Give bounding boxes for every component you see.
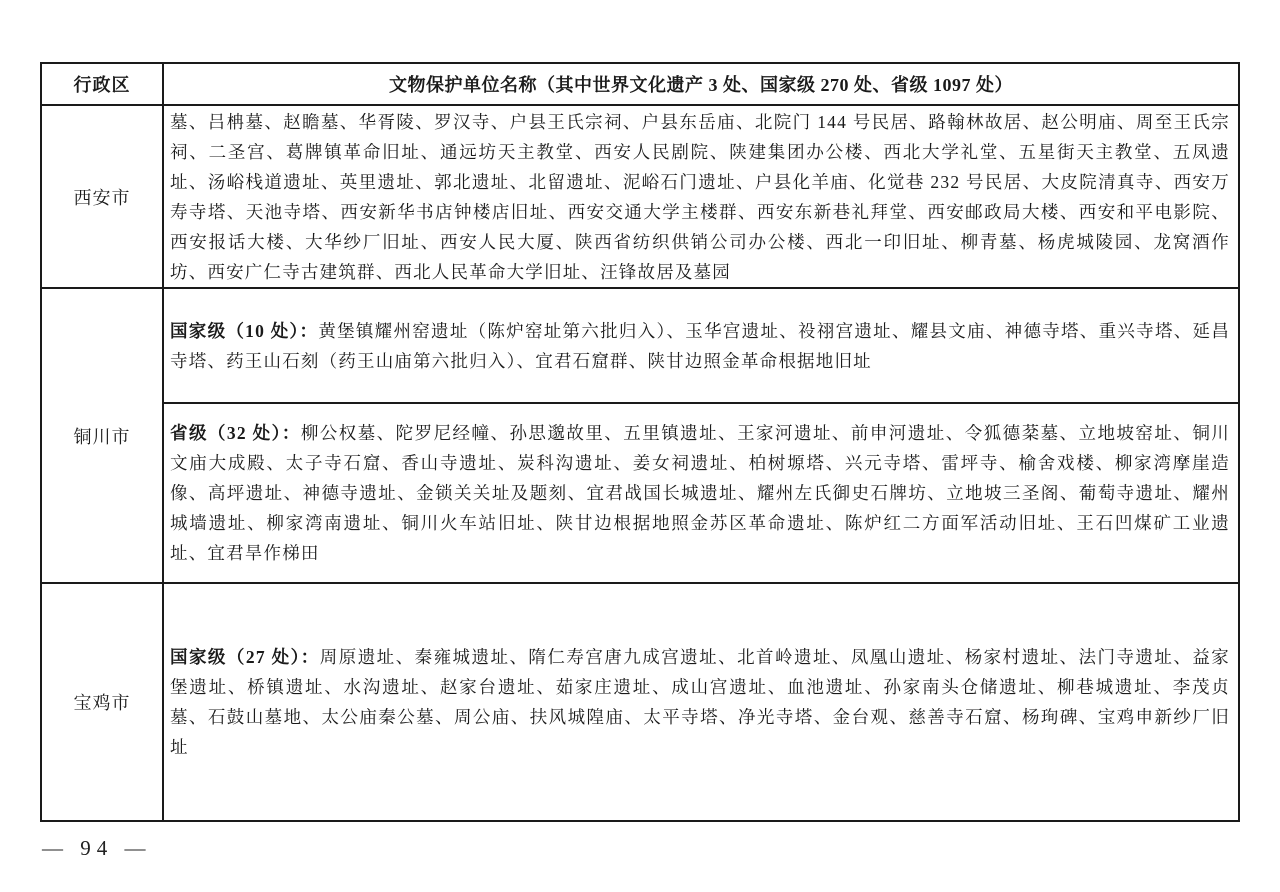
sites-cell-xian: 墓、吕柟墓、赵瞻墓、华胥陵、罗汉寺、户县王氏宗祠、户县东岳庙、北院门 144 号… <box>162 106 1238 287</box>
document-page: 行政区 文物保护单位名称（其中世界文化遗产 3 处、国家级 270 处、省级 1… <box>0 0 1280 892</box>
sites-text-xian-body: 墓、吕柟墓、赵瞻墓、华胥陵、罗汉寺、户县王氏宗祠、户县东岳庙、北院门 144 号… <box>170 112 1230 282</box>
tongchuan-national-subcell: 国家级（10 处）：黄堡镇耀州窑遗址（陈炉窑址第六批归入）、玉华宫遗址、祋祤宫遗… <box>164 289 1238 402</box>
header-cell-region: 行政区 <box>42 64 162 104</box>
sites-text-baoji: 国家级（27 处）：周原遗址、秦雍城遗址、隋仁寿宫唐九成宫遗址、北首岭遗址、凤凰… <box>164 640 1238 764</box>
sites-text-tongchuan-provincial-body: 柳公权墓、陀罗尼经幢、孙思邈故里、五里镇遗址、王家河遗址、前申河遗址、令狐德棻墓… <box>170 423 1230 563</box>
region-label-baoji: 宝鸡市 <box>42 584 162 820</box>
sites-cell-tongchuan: 国家级（10 处）：黄堡镇耀州窑遗址（陈炉窑址第六批归入）、玉华宫遗址、祋祤宫遗… <box>162 289 1238 582</box>
heritage-sites-table: 行政区 文物保护单位名称（其中世界文化遗产 3 处、国家级 270 处、省级 1… <box>40 62 1240 822</box>
sites-text-tongchuan-provincial: 省级（32 处）：柳公权墓、陀罗尼经幢、孙思邈故里、五里镇遗址、王家河遗址、前申… <box>164 416 1238 570</box>
table-row-xian: 西安市 墓、吕柟墓、赵瞻墓、华胥陵、罗汉寺、户县王氏宗祠、户县东岳庙、北院门 1… <box>42 104 1238 287</box>
provincial-level-label: 省级（32 处）： <box>170 423 301 443</box>
sites-text-baoji-body: 周原遗址、秦雍城遗址、隋仁寿宫唐九成宫遗址、北首岭遗址、凤凰山遗址、杨家村遗址、… <box>170 647 1230 757</box>
national-level-label-baoji: 国家级（27 处）： <box>170 647 320 667</box>
sites-text-tongchuan-national-body: 黄堡镇耀州窑遗址（陈炉窑址第六批归入）、玉华宫遗址、祋祤宫遗址、耀县文庙、神德寺… <box>170 321 1230 371</box>
tongchuan-provincial-subcell: 省级（32 处）：柳公权墓、陀罗尼经幢、孙思邈故里、五里镇遗址、王家河遗址、前申… <box>164 402 1238 582</box>
sites-text-xian: 墓、吕柟墓、赵瞻墓、华胥陵、罗汉寺、户县王氏宗祠、户县东岳庙、北院门 144 号… <box>164 106 1238 287</box>
sites-text-tongchuan-national: 国家级（10 处）：黄堡镇耀州窑遗址（陈炉窑址第六批归入）、玉华宫遗址、祋祤宫遗… <box>164 314 1238 378</box>
table-header-row: 行政区 文物保护单位名称（其中世界文化遗产 3 处、国家级 270 处、省级 1… <box>42 64 1238 104</box>
region-label-tongchuan: 铜川市 <box>42 289 162 582</box>
national-level-label: 国家级（10 处）： <box>170 321 318 341</box>
page-number: — 94 — <box>42 836 152 861</box>
header-cell-site-names: 文物保护单位名称（其中世界文化遗产 3 处、国家级 270 处、省级 1097 … <box>162 64 1238 104</box>
table-row-tongchuan: 铜川市 国家级（10 处）：黄堡镇耀州窑遗址（陈炉窑址第六批归入）、玉华宫遗址、… <box>42 287 1238 582</box>
sites-cell-baoji: 国家级（27 处）：周原遗址、秦雍城遗址、隋仁寿宫唐九成宫遗址、北首岭遗址、凤凰… <box>162 584 1238 820</box>
table-row-baoji: 宝鸡市 国家级（27 处）：周原遗址、秦雍城遗址、隋仁寿宫唐九成宫遗址、北首岭遗… <box>42 582 1238 820</box>
region-label-xian: 西安市 <box>42 106 162 287</box>
